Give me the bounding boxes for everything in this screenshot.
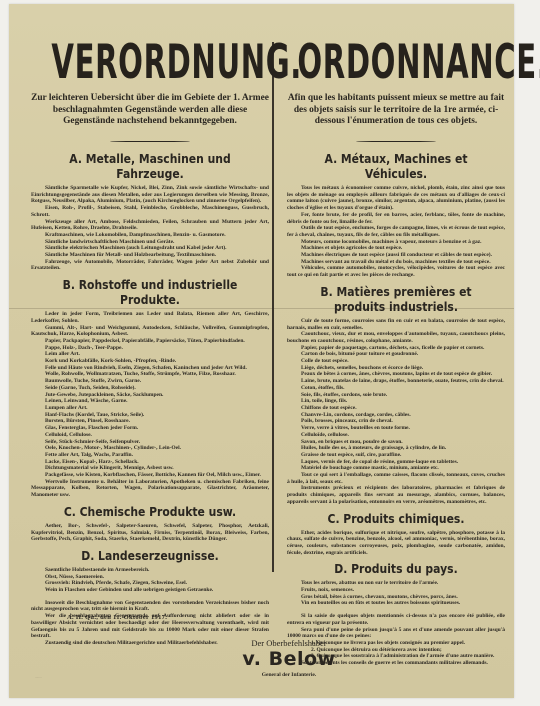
- german-b-p21: Lacke, Eisen-, Kopal-, Harz-, Schellack.: [31, 459, 269, 466]
- german-c-p1: Aether, Bor-, Schwefel-, Salpeter-Saeure…: [31, 523, 269, 543]
- french-section-d-heading: D. Produits du pays.: [298, 562, 494, 577]
- french-b-p3: Papier, papier de paquetage, cartons, dé…: [287, 345, 505, 352]
- german-section-b-heading: B. Rohstoffe und industrielle Produkte.: [43, 278, 257, 308]
- german-closing-1: Insoweit die Beschlagnahme von Gegenstae…: [31, 600, 269, 613]
- german-a-p2: Eisen, Roh-, Profil-, Stabeisen, Stahl, …: [31, 205, 269, 218]
- signature-rank: General der Infanterie.: [209, 672, 369, 678]
- french-b-p13: Chanvre-Lin, cordons, cordage, cordes, c…: [287, 412, 505, 419]
- printer-mark: ········: [35, 676, 42, 679]
- german-d-p3: Grossvieh: Rindvieh, Pferde, Schafe, Zie…: [31, 580, 269, 587]
- german-b-p6: Kork und Korkabfälle, Kork-Sohlen, -Pfro…: [31, 358, 269, 365]
- french-a-p1: Tous les métaux à économiser comme cuivr…: [287, 185, 505, 212]
- german-d-p4: Wein in Flaschen oder Gebinden und alle …: [31, 587, 269, 594]
- french-b-p4: Carton de bois, bitumé pour toiture et g…: [287, 351, 505, 358]
- french-d-p4: Vin en bouteilles ou en fûts et toutes l…: [287, 600, 505, 607]
- german-title: VERORDNUNG.: [51, 38, 248, 88]
- german-b-p9: Baumwolle, Tuche, Stoffe, Zwirn, Garne.: [31, 378, 269, 385]
- french-b-p16: Celluloïde, cellulose.: [287, 432, 505, 439]
- ornamental-rule: [356, 141, 436, 143]
- french-b-p7: Peaux de bêtes à cornes, ânes, chèvres, …: [287, 371, 505, 378]
- german-b-p5: Leim aller Art.: [31, 351, 269, 358]
- german-b-p10: Seide (Garne, Tuch, Seiden, Rohseide).: [31, 385, 269, 392]
- french-b-p12: Chiffons de tout espèce.: [287, 405, 505, 412]
- french-d-p1: Tous les arbres, abattus ou non sur le t…: [287, 580, 505, 587]
- french-b-p21: Matériel de bouchage comme mastic, miniu…: [287, 465, 505, 472]
- french-section-c-heading: C. Produits chimiques.: [298, 512, 494, 527]
- german-section-a-heading: A. Metalle, Maschinen und Fahrzeuge.: [43, 152, 257, 182]
- german-section-c-heading: C. Chemische Produkte usw.: [43, 505, 257, 520]
- german-a-p1: Sämtliche Sparmetalle wie Kupfer, Nickel…: [31, 185, 269, 205]
- german-a-p6: Sämtliche elektrischen Maschinen (auch L…: [31, 245, 269, 252]
- french-b-p15: Verre, verre à vitres, bouteilles en tou…: [287, 425, 505, 432]
- french-b-p23: Instruments précieux et récipients des l…: [287, 485, 505, 505]
- french-b-p10: Soie, fils, étoffes, cordons, soie brute…: [287, 392, 505, 399]
- german-b-p13: Lumpen aller Art.: [31, 405, 269, 412]
- french-a-p7: Machines servant au travail du métal et …: [287, 259, 505, 266]
- french-a-p3: Outils de tout espèce, enclumes, forges …: [287, 225, 505, 238]
- french-closing-1: Si la saisie de quelques objets mentionn…: [287, 613, 505, 626]
- german-b-p24: Wertvolle Instrumente u. Behälter in Lab…: [31, 479, 269, 499]
- french-intro: Afin que les habitants puissent mieux se…: [287, 93, 505, 128]
- french-b-p19: Graisse de tout espèce, suif, cire, para…: [287, 452, 505, 459]
- german-b-p15: Borsten, Bürsten, Pinsel, Rosshaare.: [31, 418, 269, 425]
- french-b-p18: Huiles, huile des os, à moteurs, de grai…: [287, 445, 505, 452]
- german-b-p12: Leinen, Leinwand, Wäsche, Garne.: [31, 398, 269, 405]
- german-b-p2: Gummi, Alt-, Hart- und Weichgummi, Autod…: [31, 325, 269, 338]
- french-b-p11: Lin, toile, linge, fils.: [287, 398, 505, 405]
- french-title: ORDONNANCE.: [297, 38, 494, 88]
- french-a-p4: Moteurs, comme locomobiles, machines à v…: [287, 239, 505, 246]
- french-section-a-heading: A. Métaux, Machines et Véhicules.: [298, 152, 494, 182]
- german-section-d-heading: D. Landeserzeugnisse.: [43, 549, 257, 564]
- german-b-p7: Felle und Häute von Rindvieh, Eseln, Zie…: [31, 365, 269, 372]
- german-column: VERORDNUNG. Zur leichteren Uebersicht üb…: [31, 4, 269, 647]
- french-d-p3: Gros bétail, bêtes à cornes, chevaux, mo…: [287, 594, 505, 601]
- french-b-p1: Cuir de toute forme, courroies sans fin …: [287, 318, 505, 331]
- french-a-p2: Fer, fonte brute, fer de profil, fer en …: [287, 212, 505, 225]
- signature-role: Der Oberbefehlshaber: [209, 638, 369, 648]
- german-a-p8: Fahrzeuge, wie Automobile, Motorräder, F…: [31, 259, 269, 272]
- signature-name: v. Below: [209, 648, 369, 670]
- french-b-p22: Tout ce qui sert à l'emballage, comme ca…: [287, 472, 505, 485]
- german-b-p1: Leder in jeder Form, Treibriemen aus Led…: [31, 311, 269, 324]
- german-b-p22: Dichtungsmaterial wie Klingerit, Mennige…: [31, 465, 269, 472]
- german-a-p7: Sämtliche Maschinen für Metall- und Holz…: [31, 252, 269, 259]
- german-b-p23: Packgefässe, wie Kisten, Korbflaschen, F…: [31, 472, 269, 479]
- french-b-p5: Colle de tout espèce.: [287, 358, 505, 365]
- french-b-p9: Coton, étoffes, fils.: [287, 385, 505, 392]
- poster: VERORDNUNG. Zur leichteren Uebersicht üb…: [9, 4, 514, 698]
- german-b-p17: Celluloid, Cellulose.: [31, 432, 269, 439]
- german-b-p14: Hanf-Flachs (Kordel, Taue, Stricke, Seil…: [31, 412, 269, 419]
- french-b-p14: Poils, brosses, pinceaux, crin de cheval…: [287, 418, 505, 425]
- french-a-p6: Machines électriques de tout espèce (aus…: [287, 252, 505, 259]
- column-divider: [272, 42, 274, 572]
- french-column: ORDONNANCE. Afin que les habitants puiss…: [287, 4, 505, 667]
- german-b-p8: Wolle, Rohwolle, Wollmatratzen, Tuche, S…: [31, 371, 269, 378]
- german-d-p2: Obst, Nüsse, Saemereien.: [31, 574, 269, 581]
- german-b-p4: Pappe, Holz-, Dach-, Teer-Pappe.: [31, 345, 269, 352]
- german-a-p3: Werkzeuge aller Art, Ambose, Feldschmied…: [31, 219, 269, 232]
- french-b-p8: Laine, brute, matelas de laine, draps, é…: [287, 378, 505, 385]
- french-section-b-heading: B. Matières premières et produits indust…: [298, 285, 494, 315]
- german-b-p11: Jute-Gewebe, Jutepackleinen, Säcke, Sack…: [31, 392, 269, 399]
- french-c-p1: Ether, acides borique, sulfurique et nit…: [287, 530, 505, 557]
- french-b-p6: Liège, déchets, semelles, bouchons et éc…: [287, 365, 505, 372]
- german-b-p18: Seife, Stück-Schmier-Seife, Seifenpulver…: [31, 439, 269, 446]
- german-b-p19: Oele, Knochen-, Motor-, Maschinen-, Cyli…: [31, 445, 269, 452]
- german-b-p3: Papier, Packpapier, Pappdeckel, Papierab…: [31, 338, 269, 345]
- ornamental-rule: [110, 141, 190, 143]
- german-b-p20: Fette aller Art, Talg, Wachs, Paraffin.: [31, 452, 269, 459]
- french-b-p2: Caoutchouc, vieux, dur et mou, enveloppe…: [287, 331, 505, 344]
- german-b-p16: Glas, Fensterglas, Flaschen jeder Form.: [31, 425, 269, 432]
- issue-date: A. H. Qu., den 11. Oktober 1917.: [67, 614, 167, 621]
- french-a-p8: Véhicules, comme automobiles, motocycles…: [287, 265, 505, 278]
- german-d-p1: Saemtliche Holzbestaende im Armeebereich…: [31, 567, 269, 574]
- german-a-p4: Kraftmaschinen, wie Lokomobilen, Dampfma…: [31, 232, 269, 239]
- french-d-p2: Fruits, noix, semences.: [287, 587, 505, 594]
- french-b-p17: Savon, en briques et mou, poudre de savo…: [287, 439, 505, 446]
- french-b-p20: Laques, vernis de fer, de copal de résin…: [287, 459, 505, 466]
- german-intro: Zur leichteren Uebersicht über die im Ge…: [31, 93, 269, 128]
